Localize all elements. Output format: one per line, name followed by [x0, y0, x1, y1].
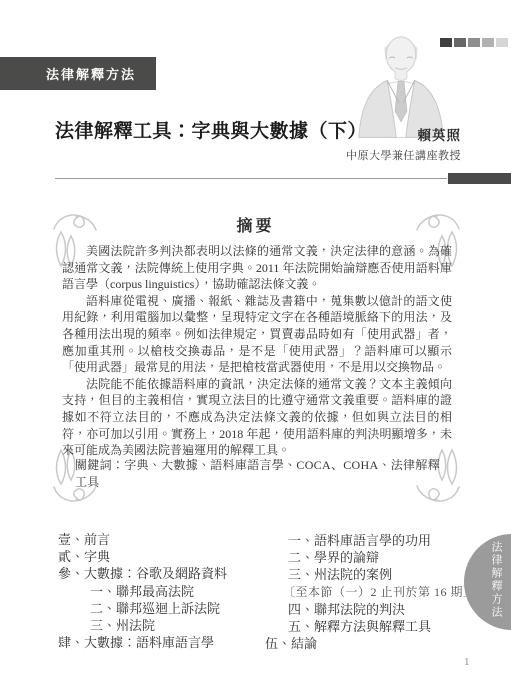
toc-item: 一、語料庫語言學的功用 [288, 532, 476, 549]
toc-item: 二、聯邦巡迴上訴法院 [90, 600, 227, 617]
gradient-square-icon [468, 38, 480, 47]
toc-column-left: 壹、前言 貳、字典 參、大數據：谷歌及網路資料 一、聯邦最高法院 二、聯邦巡迴上… [58, 531, 227, 651]
author-credit: 賴英照 中原大學兼任講座教授 [346, 124, 461, 163]
keywords-line: 關鍵詞：字典、大數據、語料庫語言學、COCA、COHA、法律解釋工具 [75, 456, 447, 490]
abstract-paragraph: 美國法院許多判決都表明以法條的通常文義，決定法律的意涵。為確認通常文義，法院傳統… [62, 243, 452, 293]
page-title: 法律解釋工具：字典與大數據（下） [55, 116, 367, 143]
toc-item: 三、州法院 [90, 617, 227, 634]
gradient-squares-decoration [440, 38, 508, 47]
gradient-square-icon [496, 38, 508, 47]
toc-item: 肆、大數據：語料庫語言學 [58, 634, 227, 651]
abstract-body: 美國法院許多判決都表明以法條的通常文義，決定法律的意涵。為確認通常文義，法院傳統… [62, 243, 452, 459]
divider-line [55, 178, 447, 179]
category-banner-label: 法律解釋方法 [46, 64, 136, 83]
toc-item: 壹、前言 [58, 531, 227, 548]
abstract-heading: 摘要 [0, 213, 511, 236]
toc-item: 三、州法院的案例 [288, 566, 476, 583]
abstract-paragraph: 法院能不能依據語料庫的資訊，決定法條的通常文義？文本主義傾向支持，但目的主義相信… [62, 376, 452, 459]
toc-item: 一、聯邦最高法院 [90, 583, 227, 600]
toc-item: 五、解釋方法與解釋工具 [288, 618, 476, 635]
abstract-paragraph: 語料庫從電視、廣播、報紙、雜誌及書籍中，蒐集數以億計的語文使用紀錄，利用電腦加以… [62, 293, 452, 376]
gradient-square-icon [482, 38, 494, 47]
author-name: 賴英照 [346, 124, 461, 144]
toc-column-right: 一、語料庫語言學的功用 二、學界的論辯 三、州法院的案例 〔至本節（一）2 止刊… [265, 532, 476, 652]
category-banner: 法律解釋方法 [0, 57, 156, 90]
toc-item: 參、大數據：谷歌及網路資料 [58, 565, 227, 582]
page-number: 1 [464, 656, 470, 668]
toc-item: 二、學界的論辯 [288, 549, 476, 566]
divider-bar [448, 173, 511, 184]
article-page: 法律解釋方法 法律解釋工具：字典與大數據（下） 賴英照 中原大學兼任講座教授 [0, 0, 511, 700]
toc-item: 貳、字典 [58, 548, 227, 565]
section-side-tab-label: 法律解釋方法 [489, 541, 502, 625]
author-photo [352, 24, 450, 138]
gradient-square-icon [454, 38, 466, 47]
author-affiliation: 中原大學兼任講座教授 [346, 147, 461, 163]
toc-item: 伍、結論 [265, 635, 476, 652]
toc-item: 四、聯邦法院的判決 [288, 601, 476, 618]
toc-note: 〔至本節（一）2 止刊於第 16 期〕 [283, 584, 476, 601]
